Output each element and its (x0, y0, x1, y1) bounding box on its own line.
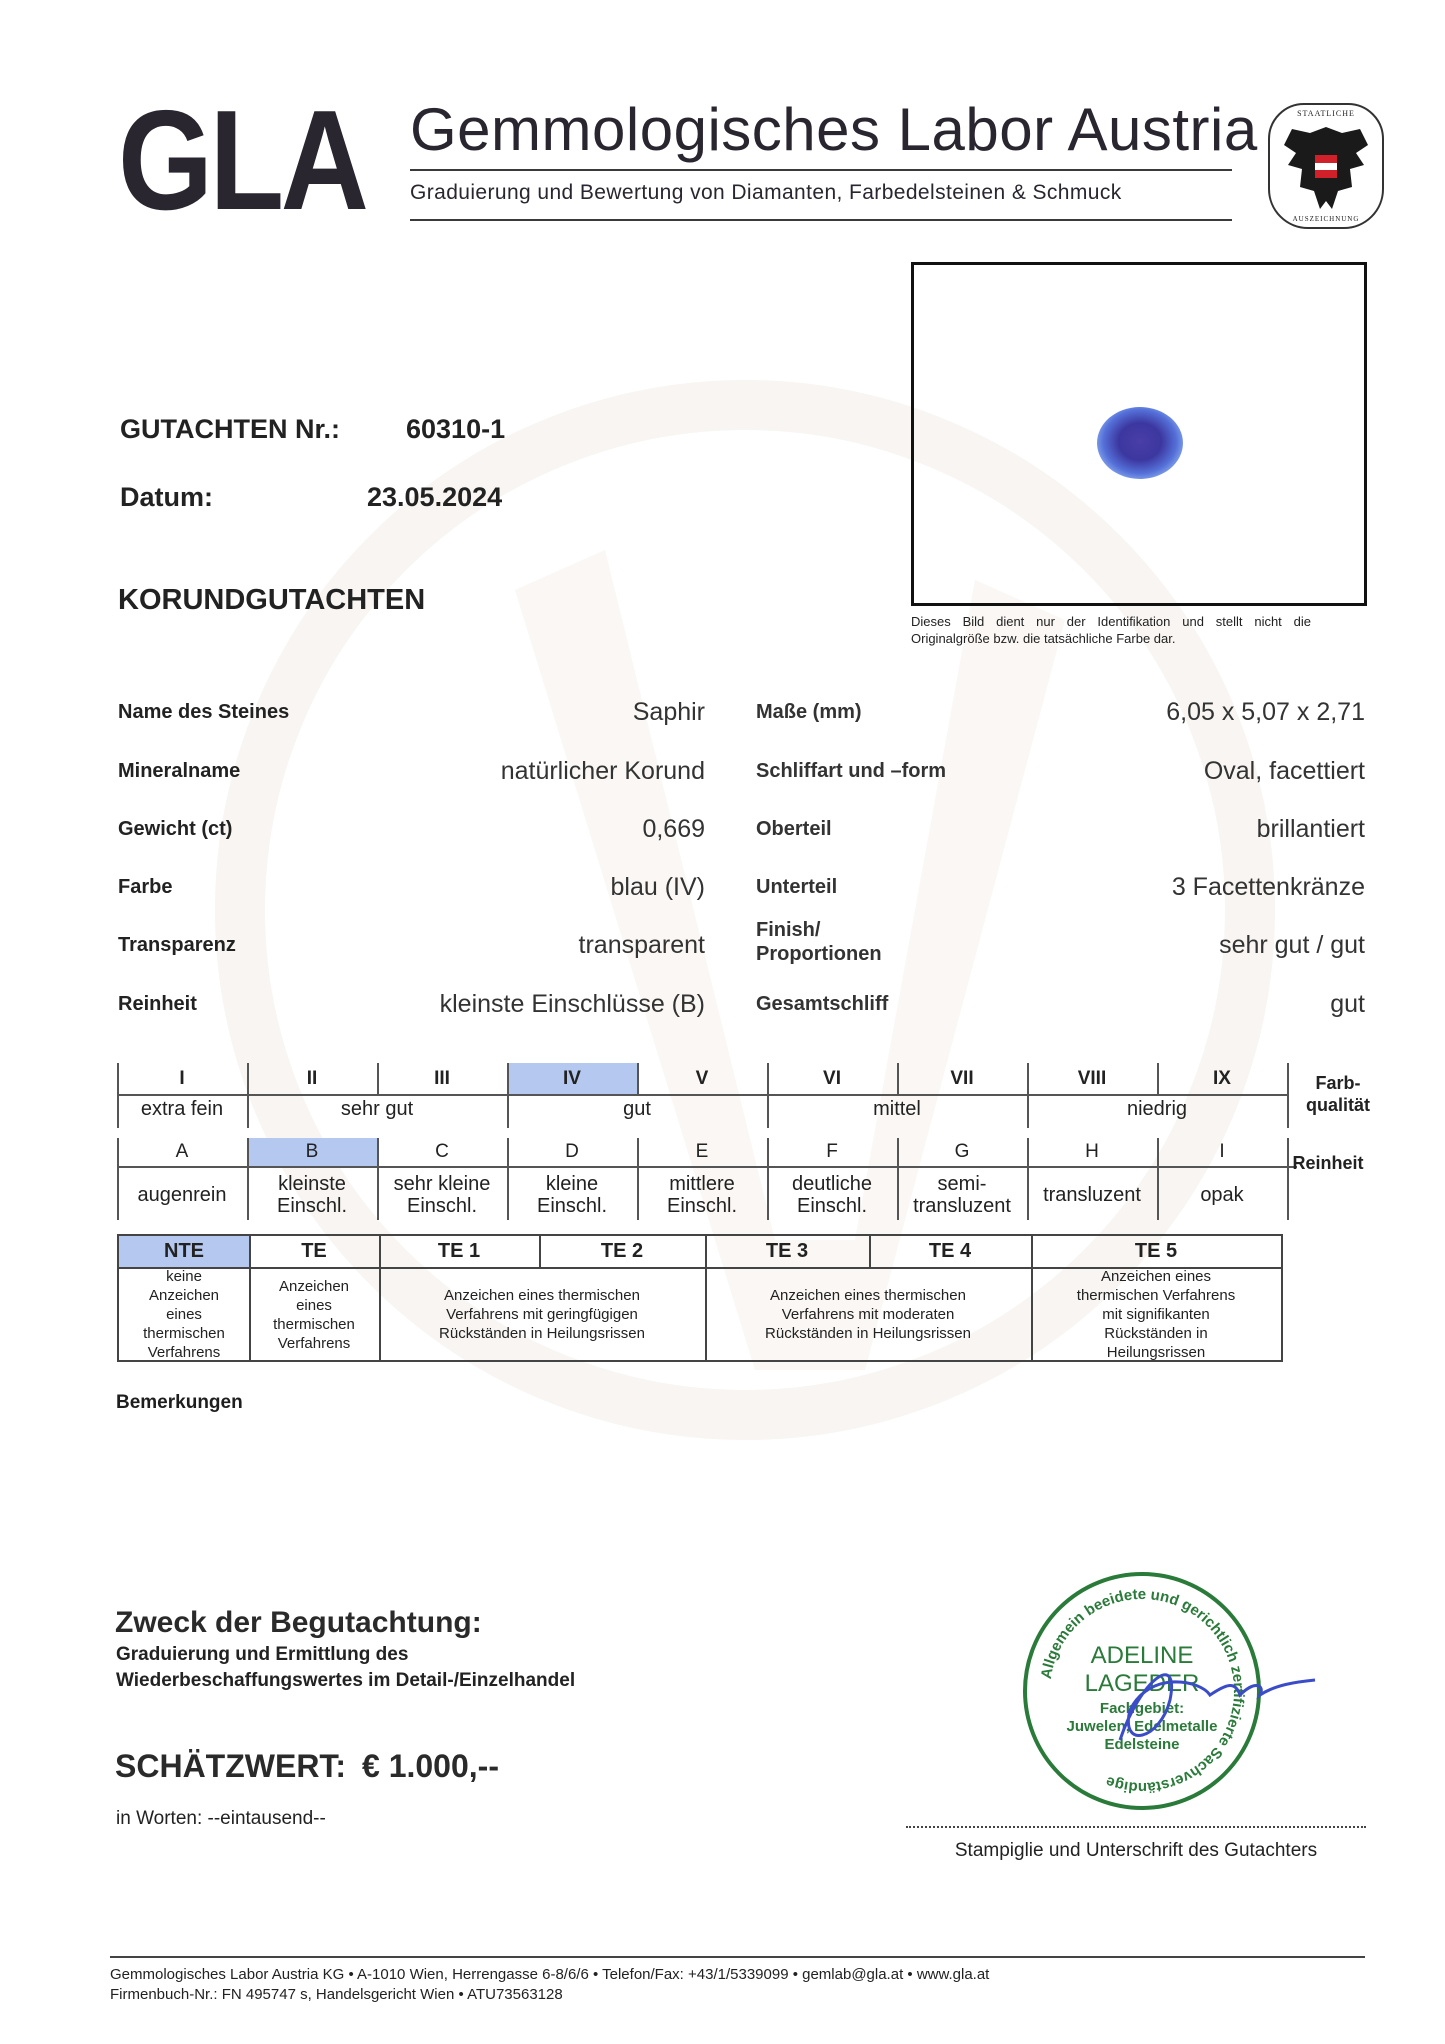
clarity-desc-line: deutliche (767, 1173, 897, 1195)
clarity-grade-G: G (897, 1138, 1027, 1166)
header-rule-top (410, 169, 1232, 171)
footer-rule (110, 1956, 1365, 1958)
property-value: 0,669 (300, 815, 705, 844)
clarity-desc-line: Einschl. (377, 1195, 507, 1217)
color-group-label: mittel (767, 1098, 1027, 1121)
treatment-header-te-4: TE 4 (869, 1236, 1031, 1267)
color-grade-IX: IX (1157, 1063, 1287, 1094)
clarity-description: deutlicheEinschl. (767, 1168, 897, 1222)
color-group-label: sehr gut (247, 1098, 507, 1121)
grid-line (117, 1094, 119, 1128)
clarity-desc-line: augenrein (117, 1184, 247, 1206)
property-label: Maße (mm) (756, 701, 862, 724)
gla-logo: GLA (118, 90, 365, 232)
property-value: brillantiert (900, 815, 1365, 844)
grid-line (117, 1063, 119, 1094)
property-label: Gesamtschliff (756, 993, 888, 1016)
grid-line (379, 1236, 381, 1360)
color-grade-VII: VII (897, 1063, 1027, 1094)
grid-line (637, 1138, 639, 1220)
treatment-header-te-1: TE 1 (379, 1236, 539, 1267)
certificate-number: 60310-1 (406, 414, 505, 445)
grid-line (767, 1138, 769, 1220)
grid-line (705, 1236, 707, 1360)
property-value: 3 Facettenkränze (900, 873, 1365, 902)
grid-line (539, 1236, 541, 1267)
clarity-desc-line: Einschl. (637, 1195, 767, 1217)
grid-line (897, 1063, 899, 1094)
grid-line (507, 1138, 509, 1220)
clarity-desc-line: kleine (507, 1173, 637, 1195)
clarity-desc-line: Einschl. (247, 1195, 377, 1217)
property-label: Name des Steines (118, 701, 289, 724)
grid-line (767, 1063, 769, 1094)
grid-line (377, 1138, 379, 1220)
clarity-grade-D: D (507, 1138, 637, 1166)
clarity-desc-line: semi- (897, 1173, 1027, 1195)
clarity-description: kleinsteEinschl. (247, 1168, 377, 1222)
treatment-table: NTETETE 1TE 2TE 3TE 4TE 5keine Anzeichen… (117, 1234, 1283, 1362)
estimate-in-words: in Worten: --eintausend-- (116, 1808, 326, 1830)
grid-line (1027, 1138, 1029, 1220)
property-label: Transparenz (118, 934, 236, 957)
clarity-grade-F: F (767, 1138, 897, 1166)
treatment-header-te-2: TE 2 (539, 1236, 705, 1267)
header-rule-bottom (410, 219, 1232, 221)
property-value: 6,05 x 5,07 x 2,71 (900, 698, 1365, 727)
grid-line (1157, 1138, 1159, 1220)
clarity-grade-E: E (637, 1138, 767, 1166)
grid-line (247, 1094, 249, 1128)
photo-caption: Dieses Bild dient nur der Identifikation… (911, 613, 1311, 647)
treatment-header-te-3: TE 3 (705, 1236, 869, 1267)
property-label: Proportionen (756, 943, 882, 966)
grid-line (767, 1094, 769, 1128)
property-label: Mineralname (118, 760, 240, 783)
footer-address: Gemmologisches Labor Austria KG • A-1010… (110, 1966, 989, 1983)
footer-registry: Firmenbuch-Nr.: FN 495747 s, Handelsgeri… (110, 1986, 563, 2003)
property-value: natürlicher Korund (300, 757, 705, 786)
clarity-desc-line: opak (1157, 1184, 1287, 1206)
purpose-line-2: Wiederbeschaffungswertes im Detail-/Einz… (116, 1668, 575, 1694)
grid-line (1287, 1138, 1289, 1220)
color-quality-label: Farb- qualität (1283, 1072, 1393, 1116)
grid-line (507, 1063, 509, 1094)
property-label: Farbe (118, 876, 172, 899)
clarity-label: Reinheit (1283, 1152, 1373, 1174)
clarity-desc-line: Einschl. (767, 1195, 897, 1217)
treatment-description: Anzeichen eines thermischen Verfahrens m… (379, 1269, 705, 1360)
property-value: sehr gut / gut (900, 931, 1365, 960)
clarity-desc-line: kleinste (247, 1173, 377, 1195)
property-label: Finish/ (756, 919, 820, 942)
treatment-description: keine Anzeichen eines thermischen Verfah… (119, 1269, 249, 1360)
purpose-title: Zweck der Begutachtung: (115, 1606, 482, 1640)
clarity-grade-H: H (1027, 1138, 1157, 1166)
property-label: Oberteil (756, 818, 832, 841)
remarks-label: Bemerkungen (116, 1392, 243, 1414)
estimate-amount: € 1.000,-- (362, 1748, 499, 1785)
color-grade-I: I (117, 1063, 247, 1094)
grid-line (247, 1138, 249, 1220)
property-value: kleinste Einschlüsse (B) (300, 990, 705, 1019)
treatment-header-te: TE (249, 1236, 379, 1267)
treatment-header-te-5: TE 5 (1031, 1236, 1281, 1267)
clarity-grade-B: B (247, 1138, 377, 1166)
clarity-description: augenrein (117, 1168, 247, 1222)
color-grade-IV: IV (507, 1063, 637, 1094)
grid-line (1157, 1063, 1159, 1094)
certificate-number-label: GUTACHTEN Nr.: (120, 414, 340, 445)
gem-image (1097, 407, 1183, 479)
signature-caption: Stampiglie und Unterschrift des Gutachte… (906, 1840, 1366, 1862)
color-group-label: extra fein (117, 1098, 247, 1121)
clarity-desc-line: transluzent (897, 1195, 1027, 1217)
grid-line (117, 1166, 1297, 1168)
property-value: transparent (300, 931, 705, 960)
grid-line (869, 1236, 871, 1267)
purpose-line-1: Graduierung und Ermittlung des (116, 1642, 408, 1668)
date-label: Datum: (120, 482, 213, 513)
clarity-description: mittlereEinschl. (637, 1168, 767, 1222)
grid-line (897, 1138, 899, 1220)
grid-line (117, 1094, 1287, 1096)
clarity-desc-line: transluzent (1027, 1184, 1157, 1206)
property-label: Reinheit (118, 993, 197, 1016)
grid-line (637, 1063, 639, 1094)
grid-line (117, 1138, 119, 1220)
grid-line (507, 1094, 509, 1128)
grid-line (377, 1063, 379, 1094)
treatment-header-nte: NTE (119, 1236, 249, 1267)
clarity-description: opak (1157, 1168, 1287, 1222)
clarity-grade-C: C (377, 1138, 507, 1166)
color-group-label: gut (507, 1098, 767, 1121)
property-label: Gewicht (ct) (118, 818, 232, 841)
clarity-description: transluzent (1027, 1168, 1157, 1222)
clarity-grade-A: A (117, 1138, 247, 1166)
grid-line (1031, 1236, 1033, 1360)
clarity-description: sehr kleineEinschl. (377, 1168, 507, 1222)
clarity-desc-line: mittlere (637, 1173, 767, 1195)
treatment-description: Anzeichen eines thermischen Verfahrens m… (1031, 1269, 1281, 1360)
color-grade-V: V (637, 1063, 767, 1094)
grid-line (247, 1063, 249, 1094)
grid-line (1027, 1094, 1029, 1128)
grid-line (1027, 1063, 1029, 1094)
treatment-description: Anzeichen eines thermischen Verfahrens m… (705, 1269, 1031, 1360)
color-grade-III: III (377, 1063, 507, 1094)
color-grade-II: II (247, 1063, 377, 1094)
color-group-label: niedrig (1027, 1098, 1287, 1121)
date-value: 23.05.2024 (367, 482, 502, 513)
color-grade-VI: VI (767, 1063, 897, 1094)
property-value: gut (900, 990, 1365, 1019)
property-label: Unterteil (756, 876, 837, 899)
signature-icon (1060, 1640, 1320, 1760)
property-value: Saphir (300, 698, 705, 727)
clarity-description: semi-transluzent (897, 1168, 1027, 1222)
austrian-eagle-crest-icon: STAATLICHE AUSZEICHNUNG (1268, 103, 1384, 229)
lab-tagline: Graduierung und Bewertung von Diamanten,… (410, 181, 1122, 205)
color-grade-VIII: VIII (1027, 1063, 1157, 1094)
lab-name: Gemmologisches Labor Austria (410, 100, 1258, 160)
certificate-type: KORUNDGUTACHTEN (118, 584, 425, 617)
clarity-description: kleineEinschl. (507, 1168, 637, 1222)
clarity-desc-line: Einschl. (507, 1195, 637, 1217)
clarity-desc-line: sehr kleine (377, 1173, 507, 1195)
treatment-description: Anzeichen eines thermischen Verfahrens (249, 1269, 379, 1360)
property-value: Oval, facettiert (900, 757, 1365, 786)
gem-photo-frame (911, 262, 1367, 606)
grid-line (249, 1236, 251, 1360)
clarity-grade-I: I (1157, 1138, 1287, 1166)
signature-line (906, 1826, 1366, 1828)
estimate-label: SCHÄTZWERT: (115, 1748, 346, 1785)
property-value: blau (IV) (300, 873, 705, 902)
